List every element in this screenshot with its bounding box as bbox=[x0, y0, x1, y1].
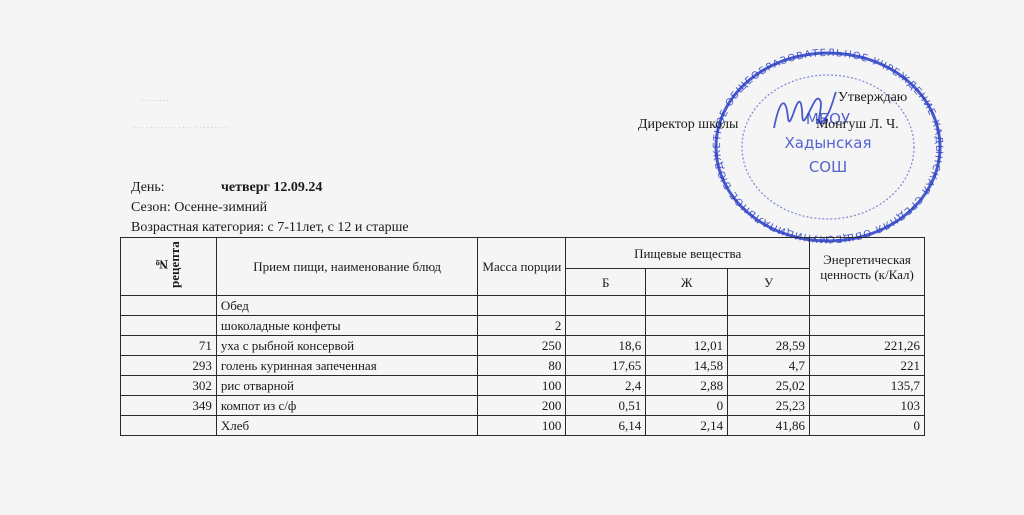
header-recipe-no: № рецепта bbox=[121, 238, 217, 296]
mass-cell: 100 bbox=[478, 416, 566, 436]
fat-cell: 2,14 bbox=[646, 416, 728, 436]
carbs-cell: 25,02 bbox=[728, 376, 810, 396]
fat-cell: 2,88 bbox=[646, 376, 728, 396]
protein-cell: 17,65 bbox=[566, 356, 646, 376]
fat-cell bbox=[646, 316, 728, 336]
table-row: шоколадные конфеты2 bbox=[121, 316, 925, 336]
recipe-no-cell bbox=[121, 416, 217, 436]
season-line: Сезон: Осенне-зимний bbox=[131, 200, 267, 216]
energy-cell: 221 bbox=[810, 356, 925, 376]
protein-cell bbox=[566, 316, 646, 336]
header-nutrients: Пищевые вещества bbox=[566, 238, 810, 269]
mass-cell: 80 bbox=[478, 356, 566, 376]
carbs-cell bbox=[728, 316, 810, 336]
dish-name-cell: компот из с/ф bbox=[216, 396, 478, 416]
energy-cell: 0 bbox=[810, 416, 925, 436]
age-category-line: Возрастная категория: с 7-11лет, с 12 и … bbox=[131, 220, 409, 236]
fat-cell: 12,01 bbox=[646, 336, 728, 356]
energy-cell: 103 bbox=[810, 396, 925, 416]
dish-name-cell: Хлеб bbox=[216, 416, 478, 436]
fat-cell: 0 bbox=[646, 396, 728, 416]
section-row: Обед bbox=[121, 296, 925, 316]
header-protein: Б bbox=[566, 269, 646, 296]
recipe-no-cell: 302 bbox=[121, 376, 217, 396]
director-label: Директор школы bbox=[638, 117, 738, 133]
document-page: ········ ··· ········ ···· ········· МУН… bbox=[0, 0, 1024, 515]
svg-text:СОШ: СОШ bbox=[809, 158, 847, 176]
energy-cell bbox=[810, 316, 925, 336]
table-row: 293голень куринная запеченная8017,6514,5… bbox=[121, 356, 925, 376]
mass-cell: 2 bbox=[478, 316, 566, 336]
recipe-no-cell bbox=[121, 316, 217, 336]
svg-text:Хадынская: Хадынская bbox=[784, 134, 871, 152]
recipe-no-cell: 71 bbox=[121, 336, 217, 356]
table-row: 349компот из с/ф2000,51025,23103 bbox=[121, 396, 925, 416]
bleed-through-text: ··· ········ ···· ········· bbox=[132, 122, 228, 134]
signature bbox=[770, 88, 840, 136]
protein-cell: 6,14 bbox=[566, 416, 646, 436]
section-title: Обед bbox=[216, 296, 478, 316]
mass-cell: 250 bbox=[478, 336, 566, 356]
fat-cell: 14,58 bbox=[646, 356, 728, 376]
school-stamp: МУНИЦИПАЛЬНОЕ БЮДЖЕТНОЕ ОБЩЕОБРАЗОВАТЕЛЬ… bbox=[712, 48, 944, 246]
menu-table: № рецепта Прием пищи, наименование блюд … bbox=[120, 237, 925, 436]
table-row: 71уха с рыбной консервой25018,612,0128,5… bbox=[121, 336, 925, 356]
day-line: День:четверг 12.09.24 bbox=[131, 180, 322, 196]
header-carbs: У bbox=[728, 269, 810, 296]
carbs-cell: 28,59 bbox=[728, 336, 810, 356]
header-dish: Прием пищи, наименование блюд bbox=[216, 238, 478, 296]
approve-label: Утверждаю bbox=[838, 90, 907, 106]
energy-cell: 135,7 bbox=[810, 376, 925, 396]
carbs-cell: 4,7 bbox=[728, 356, 810, 376]
header-energy: Энергетическая ценность (к/Кал) bbox=[810, 238, 925, 296]
recipe-no-cell: 349 bbox=[121, 396, 217, 416]
protein-cell: 0,51 bbox=[566, 396, 646, 416]
dish-name-cell: шоколадные конфеты bbox=[216, 316, 478, 336]
table-row: 302рис отварной1002,42,8825,02135,7 bbox=[121, 376, 925, 396]
protein-cell: 18,6 bbox=[566, 336, 646, 356]
mass-cell: 100 bbox=[478, 376, 566, 396]
bleed-through-text: ········ bbox=[140, 95, 169, 107]
header-mass: Масса порции bbox=[478, 238, 566, 296]
header-fat: Ж bbox=[646, 269, 728, 296]
dish-name-cell: рис отварной bbox=[216, 376, 478, 396]
protein-cell: 2,4 bbox=[566, 376, 646, 396]
carbs-cell: 41,86 bbox=[728, 416, 810, 436]
day-value: четверг 12.09.24 bbox=[221, 180, 322, 195]
recipe-no-cell: 293 bbox=[121, 356, 217, 376]
dish-name-cell: уха с рыбной консервой bbox=[216, 336, 478, 356]
dish-name-cell: голень куринная запеченная bbox=[216, 356, 478, 376]
carbs-cell: 25,23 bbox=[728, 396, 810, 416]
mass-cell: 200 bbox=[478, 396, 566, 416]
table-row: Хлеб1006,142,1441,860 bbox=[121, 416, 925, 436]
day-label: День: bbox=[131, 180, 221, 196]
energy-cell: 221,26 bbox=[810, 336, 925, 356]
